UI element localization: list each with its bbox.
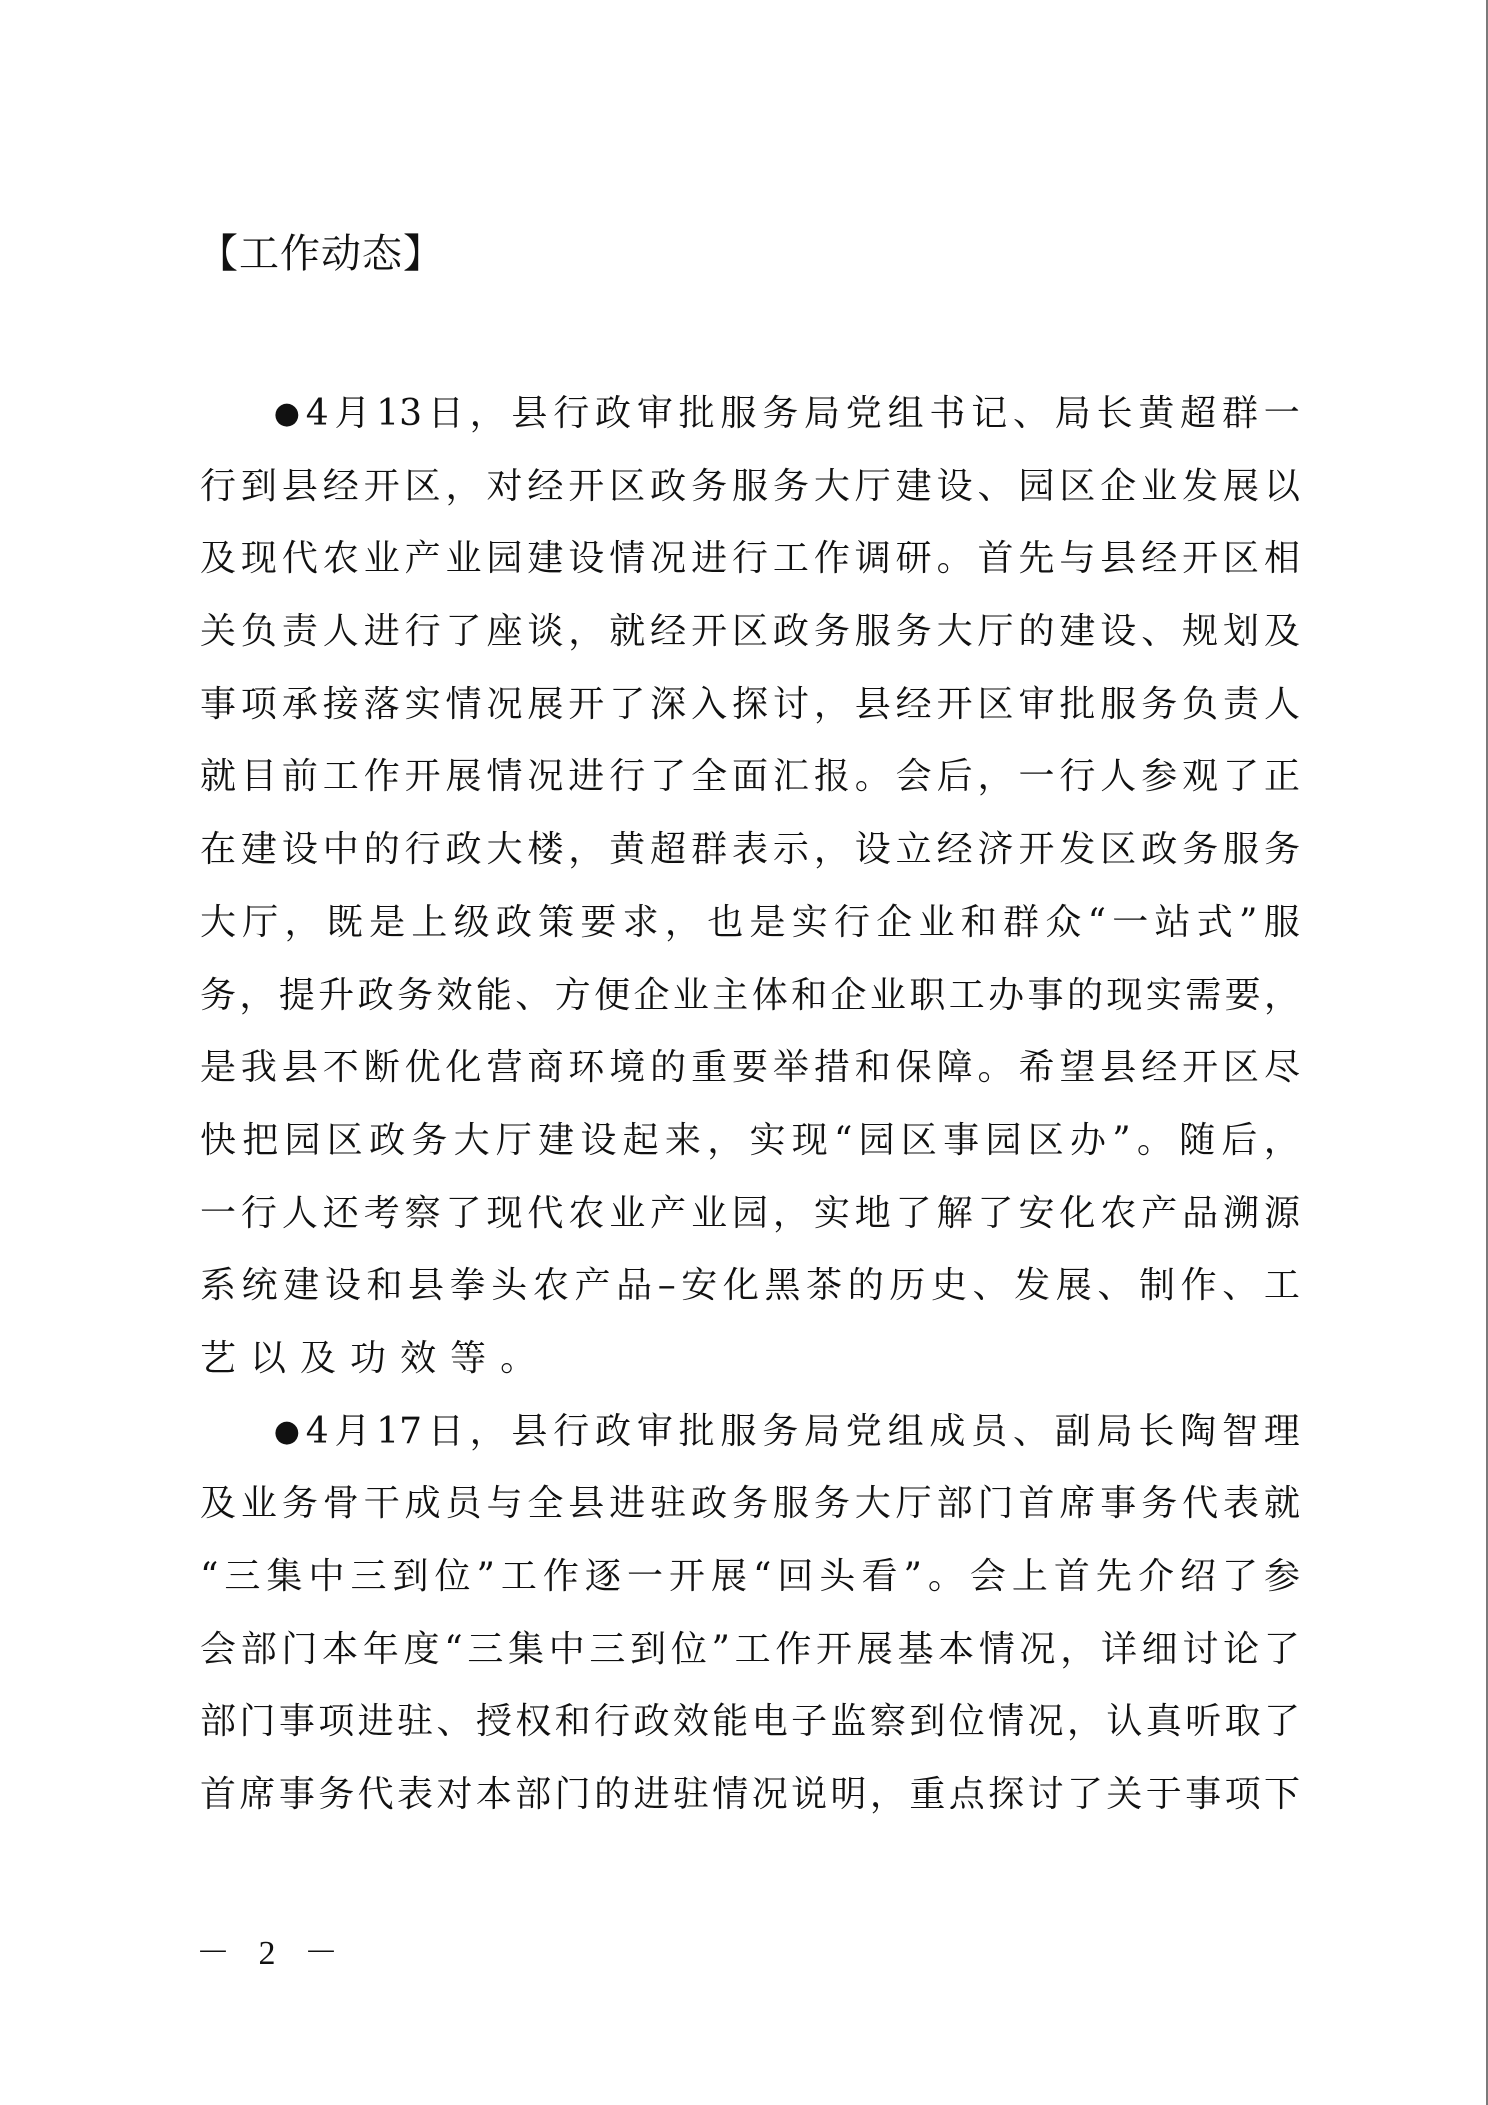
glyph: 后 — [937, 741, 973, 814]
glyph: 设 — [1100, 596, 1136, 669]
glyph: 了 — [1223, 741, 1259, 814]
paragraph-1-line: 及现代农业产业园建设情况进行工作调研。首先与县经开区相 — [200, 523, 1300, 596]
glyph: 农 — [568, 1178, 604, 1251]
glyph: 产 — [405, 523, 441, 596]
glyph: 深 — [650, 669, 686, 742]
glyph: 月 — [334, 1396, 370, 1469]
glyph: 一 — [627, 1541, 663, 1614]
glyph: 大 — [814, 451, 850, 524]
glyph: 务 — [1182, 814, 1218, 887]
glyph: 营 — [486, 1032, 522, 1105]
glyph: 县 — [511, 1396, 547, 1469]
glyph: 局 — [1055, 378, 1091, 451]
glyph: 政 — [358, 960, 394, 1033]
glyph: 报 — [814, 741, 850, 814]
glyph: 进 — [609, 1468, 645, 1541]
glyph: 取 — [1225, 1686, 1261, 1759]
glyph: 划 — [1223, 596, 1259, 669]
glyph: 务 — [1141, 1468, 1177, 1541]
glyph: 首 — [200, 1759, 236, 1832]
glyph: 大 — [486, 814, 522, 887]
glyph: 代 — [1182, 1468, 1218, 1541]
glyph: 楼 — [527, 814, 563, 887]
glyph: 座 — [486, 596, 522, 669]
glyph: 主 — [712, 960, 748, 1033]
glyph: 审 — [1018, 669, 1054, 742]
paragraph-1-line: 事项承接落实情况展开了深入探讨，县经开区审批服务负责人 — [200, 669, 1300, 742]
glyph: 务 — [1264, 814, 1300, 887]
glyph: 党 — [846, 378, 882, 451]
glyph: 安 — [1018, 1178, 1054, 1251]
glyph: 以 — [250, 1323, 286, 1396]
glyph: 首 — [978, 523, 1014, 596]
glyph: ， — [568, 596, 604, 669]
glyph: 展 — [1223, 451, 1259, 524]
glyph: 大 — [454, 1105, 490, 1178]
glyph: 务 — [282, 1468, 318, 1541]
glyph: 服 — [1100, 669, 1136, 742]
glyph: 陶 — [1180, 1396, 1216, 1469]
glyph: 史 — [931, 1250, 967, 1323]
glyph: 设 — [325, 1250, 361, 1323]
glyph: 部 — [515, 1759, 551, 1832]
glyph: 园 — [985, 1105, 1021, 1178]
glyph: 展 — [711, 1541, 747, 1614]
glyph: 实 — [405, 669, 441, 742]
glyph: 作 — [1181, 1250, 1217, 1323]
glyph: 政 — [496, 887, 532, 960]
glyph: 现 — [486, 1178, 522, 1251]
glyph: 、 — [973, 1250, 1009, 1323]
glyph: 务 — [691, 451, 727, 524]
glyph: 、 — [1141, 596, 1177, 669]
glyph: 审 — [637, 1396, 673, 1469]
glyph: 是 — [749, 887, 785, 960]
paragraph-2-line: 部门事项进驻、授权和行政效能电子监察到位情况，认真听取了 — [200, 1686, 1300, 1759]
glyph: 安 — [681, 1250, 717, 1323]
glyph: 重 — [909, 1759, 945, 1832]
glyph: 业 — [870, 960, 906, 1033]
glyph: 事 — [1028, 960, 1064, 1033]
glyph: 提 — [279, 960, 315, 1033]
glyph: 行 — [405, 814, 441, 887]
paragraph-2-line: “三集中三到位”工作逐一开展“回头看”。会上首先介绍了参 — [200, 1541, 1300, 1614]
glyph: ， — [870, 1759, 906, 1832]
glyph: 落 — [364, 669, 400, 742]
glyph: 门 — [978, 1468, 1014, 1541]
glyph: 头 — [491, 1250, 527, 1323]
glyph: 负 — [241, 596, 277, 669]
glyph: 厅 — [978, 596, 1014, 669]
glyph: 群 — [691, 814, 727, 887]
glyph: 展 — [446, 741, 482, 814]
glyph: 品 — [1182, 1178, 1218, 1251]
glyph: 听 — [1185, 1686, 1221, 1759]
glyph: 希 — [1018, 1032, 1054, 1105]
glyph: 务 — [397, 960, 433, 1033]
glyph: 地 — [855, 1178, 891, 1251]
glyph: 实 — [1146, 960, 1182, 1033]
glyph: 了 — [446, 596, 482, 669]
glyph: 方 — [555, 960, 591, 1033]
glyph: 作 — [775, 1614, 811, 1687]
glyph: 区 — [901, 1105, 937, 1178]
glyph: 对 — [436, 1759, 472, 1832]
glyph: 日 — [428, 1396, 464, 1469]
glyph: 就 — [1264, 1468, 1300, 1541]
glyph: 现 — [1106, 960, 1142, 1033]
paragraph-1-line: 务，提升政务效能、方便企业主体和企业职工办事的现实需要， — [200, 960, 1300, 1033]
glyph: 工 — [1264, 1250, 1300, 1323]
glyph: 驻 — [397, 1686, 433, 1759]
glyph: 。 — [500, 1323, 536, 1396]
glyph: 境 — [609, 1032, 645, 1105]
glyph: 务 — [814, 596, 850, 669]
glyph: 企 — [633, 960, 669, 1033]
glyph: 上 — [411, 887, 447, 960]
glyph: 服 — [773, 1468, 809, 1541]
glyph: 办 — [1070, 1105, 1106, 1178]
glyph: 是 — [200, 1032, 236, 1105]
glyph: 区 — [978, 669, 1014, 742]
paragraph-1-line: 行到县经开区，对经开区政务服务大厅建设、园区企业发展以 — [200, 451, 1300, 524]
glyph: 站 — [1155, 887, 1191, 960]
glyph: 基 — [897, 1614, 933, 1687]
glyph: 以 — [1264, 451, 1300, 524]
glyph: 参 — [1264, 1541, 1300, 1614]
glyph: 艺 — [200, 1323, 236, 1396]
glyph: 溯 — [1223, 1178, 1259, 1251]
glyph: 事 — [943, 1105, 979, 1178]
glyph: 的 — [650, 1032, 686, 1105]
glyph: 黄 — [609, 814, 645, 887]
glyph: 正 — [1264, 741, 1300, 814]
glyph: 起 — [623, 1105, 659, 1178]
glyph: 情 — [988, 1686, 1024, 1759]
glyph: 现 — [241, 523, 277, 596]
glyph: 4 — [306, 378, 329, 451]
glyph: 、 — [1222, 1250, 1258, 1323]
glyph: 商 — [527, 1032, 563, 1105]
glyph: 务 — [814, 1468, 850, 1541]
glyph: 13 — [376, 378, 422, 451]
glyph: 务 — [762, 1396, 798, 1469]
glyph: 作 — [543, 1541, 579, 1614]
glyph: 局 — [1097, 1396, 1133, 1469]
glyph: ， — [568, 814, 604, 887]
glyph: 经 — [650, 596, 686, 669]
glyph: 局 — [804, 1396, 840, 1469]
glyph: 等 — [450, 1323, 486, 1396]
glyph: ， — [470, 1396, 506, 1469]
glyph: 探 — [732, 669, 768, 742]
glyph: 批 — [679, 378, 715, 451]
glyph: “ — [200, 1541, 218, 1614]
glyph: 业 — [673, 960, 709, 1033]
glyph: 能 — [476, 960, 512, 1033]
glyph: 县 — [282, 451, 318, 524]
glyph: 首 — [1018, 1468, 1054, 1541]
glyph: 行 — [1059, 741, 1095, 814]
glyph: 本 — [322, 1614, 358, 1687]
glyph: 论 — [1223, 1614, 1259, 1687]
glyph: 察 — [405, 1178, 441, 1251]
glyph: 表 — [397, 1759, 433, 1832]
glyph: 行 — [200, 451, 236, 524]
glyph: 功 — [350, 1323, 386, 1396]
glyph: 务 — [318, 1759, 354, 1832]
glyph: 大 — [200, 887, 236, 960]
glyph: 政 — [633, 1686, 669, 1759]
glyph: 上 — [1012, 1541, 1048, 1614]
glyph: 园 — [285, 1105, 321, 1178]
glyph: 门 — [281, 1614, 317, 1687]
glyph: 实 — [749, 1105, 785, 1178]
glyph: 认 — [1106, 1686, 1142, 1759]
glyph: 开 — [691, 596, 727, 669]
glyph: 驻 — [650, 1468, 686, 1541]
glyph: 驻 — [673, 1759, 709, 1832]
glyph: 三 — [589, 1614, 625, 1687]
glyph: 开 — [568, 451, 604, 524]
glyph: 代 — [527, 1178, 563, 1251]
glyph: 况 — [1020, 1614, 1056, 1687]
glyph: 区 — [405, 451, 441, 524]
glyph: 位 — [949, 1686, 985, 1759]
glyph: 厅 — [496, 1105, 532, 1178]
glyph: 政 — [446, 814, 482, 887]
glyph: 了 — [896, 1178, 932, 1251]
glyph: 统 — [242, 1250, 278, 1323]
glyph: 了 — [446, 1178, 482, 1251]
glyph: 门 — [555, 1759, 591, 1832]
paragraph-2-line: 首席事务代表对本部门的进驻情况说明，重点探讨了关于事项下 — [200, 1759, 1300, 1832]
glyph: 式 — [1197, 887, 1233, 960]
glyph: 部 — [241, 1614, 277, 1687]
glyph: 策 — [538, 887, 574, 960]
glyph: 考 — [364, 1178, 400, 1251]
glyph: 席 — [239, 1759, 275, 1832]
glyph: 调 — [855, 523, 891, 596]
glyph: 就 — [200, 741, 236, 814]
glyph: 发 — [1182, 451, 1218, 524]
glyph: 开 — [1182, 1032, 1218, 1105]
glyph: 项 — [318, 1686, 354, 1759]
glyph: 的 — [848, 1250, 884, 1323]
glyph: 审 — [637, 378, 673, 451]
paragraph-1-line: 快把园区政务大厅建设起来，实现“园区事园区办”。随后， — [200, 1105, 1300, 1178]
glyph: 头 — [819, 1541, 855, 1614]
glyph: 组 — [888, 378, 924, 451]
glyph: 县 — [568, 1468, 604, 1541]
glyph: 经 — [937, 814, 973, 887]
glyph: ， — [1264, 1105, 1300, 1178]
glyph: “ — [834, 1105, 852, 1178]
glyph: 明 — [831, 1759, 867, 1832]
glyph: 情 — [446, 669, 482, 742]
glyph: 业 — [609, 1178, 645, 1251]
glyph: 职 — [909, 960, 945, 1033]
glyph: 济 — [978, 814, 1014, 887]
glyph: 中 — [323, 814, 359, 887]
glyph: 副 — [1055, 1396, 1091, 1469]
glyph: 农 — [323, 523, 359, 596]
glyph: ， — [707, 1105, 743, 1178]
glyph: 建 — [1059, 596, 1095, 669]
paragraph-1-line: 是我县不断优化营商环境的重要举措和保障。希望县经开区尽 — [200, 1032, 1300, 1105]
glyph: 书 — [929, 378, 965, 451]
glyph: 政 — [1141, 814, 1177, 887]
glyph: 规 — [1182, 596, 1218, 669]
glyph: 员 — [446, 1468, 482, 1541]
glyph: 求 — [623, 887, 659, 960]
glyph: 的 — [594, 1759, 630, 1832]
glyph: 开 — [937, 669, 973, 742]
glyph: “ — [753, 1541, 771, 1614]
glyph: 超 — [650, 814, 686, 887]
glyph: 及 — [1264, 596, 1300, 669]
glyph: 开 — [568, 669, 604, 742]
glyph: 进 — [568, 741, 604, 814]
glyph: 品 — [616, 1250, 652, 1323]
glyph: 行 — [594, 1686, 630, 1759]
glyph: 情 — [486, 741, 522, 814]
glyph: 了 — [1264, 1614, 1300, 1687]
glyph: 黑 — [765, 1250, 801, 1323]
glyph: 目 — [241, 741, 277, 814]
glyph: 系 — [200, 1250, 236, 1323]
glyph: 行 — [241, 1178, 277, 1251]
glyph: 相 — [1264, 523, 1300, 596]
glyph: ” — [1239, 887, 1257, 960]
glyph: 县 — [855, 669, 891, 742]
glyph: 。 — [1137, 1105, 1173, 1178]
glyph: 立 — [896, 814, 932, 887]
glyph: 区 — [609, 451, 645, 524]
glyph: 。 — [855, 741, 891, 814]
glyph: 经 — [896, 669, 932, 742]
glyph: 全 — [691, 741, 727, 814]
glyph: 谈 — [527, 596, 563, 669]
glyph: 到 — [392, 1541, 428, 1614]
glyph: 观 — [1182, 741, 1218, 814]
glyph: 业 — [919, 887, 955, 960]
paragraph-2-line: 及业务骨干成员与全县进驻政务服务大厅部门首席事务代表就 — [200, 1468, 1300, 1541]
glyph: 党 — [846, 1396, 882, 1469]
glyph: 成 — [929, 1396, 965, 1469]
glyph: 区 — [1223, 1032, 1259, 1105]
glyph: 县 — [408, 1250, 444, 1323]
glyph: ， — [814, 814, 850, 887]
glyph: 细 — [1142, 1614, 1178, 1687]
glyph: 集 — [266, 1541, 302, 1614]
glyph: 了 — [1222, 1541, 1258, 1614]
glyph: 群 — [1222, 378, 1258, 451]
glyph: ， — [1060, 1614, 1096, 1687]
glyph: 不 — [323, 1032, 359, 1105]
glyph: 一 — [1018, 741, 1054, 814]
glyph: 接 — [323, 669, 359, 742]
glyph: 发 — [1014, 1250, 1050, 1323]
glyph: 建 — [241, 814, 277, 887]
glyph: 经 — [323, 451, 359, 524]
glyph: 在 — [200, 814, 236, 887]
glyph: 项 — [241, 669, 277, 742]
glyph: 席 — [1059, 1468, 1095, 1541]
glyph: 本 — [938, 1614, 974, 1687]
glyph: 服 — [1223, 814, 1259, 887]
glyph: 效 — [673, 1686, 709, 1759]
glyph: 子 — [791, 1686, 827, 1759]
glyph: 事 — [279, 1686, 315, 1759]
glyph: 经 — [1141, 523, 1177, 596]
glyph: 办 — [988, 960, 1024, 1033]
glyph: 园 — [1018, 451, 1054, 524]
glyph: 点 — [949, 1759, 985, 1832]
glyph: 开 — [1018, 814, 1054, 887]
glyph: 设 — [568, 523, 604, 596]
page-number: － 2 － — [196, 1934, 348, 1974]
glyph: 随 — [1179, 1105, 1215, 1178]
glyph: 措 — [814, 1032, 850, 1105]
glyph: 一 — [1112, 887, 1148, 960]
glyph: 县 — [1100, 523, 1136, 596]
glyph: 业 — [446, 523, 482, 596]
glyph: 代 — [282, 523, 318, 596]
glyph: 理 — [1264, 1396, 1300, 1469]
glyph: 员 — [971, 1396, 1007, 1469]
glyph: 行 — [732, 523, 768, 596]
glyph: 设 — [282, 814, 318, 887]
section-heading: 【工作动态】 — [198, 226, 444, 282]
glyph: 进 — [691, 523, 727, 596]
glyph: 事 — [279, 1759, 315, 1832]
glyph: 园 — [859, 1105, 895, 1178]
glyph: 智 — [1222, 1396, 1258, 1469]
glyph: 和 — [961, 887, 997, 960]
glyph: 厅 — [242, 887, 278, 960]
glyph: 三 — [467, 1614, 503, 1687]
glyph: 大 — [937, 596, 973, 669]
glyph: 4 — [306, 1396, 329, 1469]
glyph: 业 — [691, 1178, 727, 1251]
glyph: 优 — [405, 1032, 441, 1105]
glyph: 政 — [369, 1105, 405, 1178]
glyph: 日 — [428, 378, 464, 451]
glyph: 了 — [650, 741, 686, 814]
glyph: 企 — [1100, 451, 1136, 524]
glyph: 来 — [665, 1105, 701, 1178]
glyph: 一 — [200, 1178, 236, 1251]
glyph: 察 — [870, 1686, 906, 1759]
glyph: ” — [712, 1614, 730, 1687]
glyph: 便 — [594, 960, 630, 1033]
glyph: 我 — [241, 1032, 277, 1105]
bullet-icon: ● — [274, 1396, 300, 1469]
glyph: 、 — [1013, 378, 1049, 451]
glyph: 、 — [436, 1686, 472, 1759]
glyph: 作 — [364, 741, 400, 814]
glyph: 既 — [327, 887, 363, 960]
paragraph-1-line: 在建设中的行政大楼，黄超群表示，设立经济开发区政务服务 — [200, 814, 1300, 887]
glyph: 体 — [752, 960, 788, 1033]
glyph: 工 — [501, 1541, 537, 1614]
glyph: 制 — [1139, 1250, 1175, 1323]
glyph: 快 — [200, 1105, 236, 1178]
glyph: 关 — [200, 596, 236, 669]
glyph: ， — [665, 887, 701, 960]
glyph: 进 — [358, 1686, 394, 1759]
